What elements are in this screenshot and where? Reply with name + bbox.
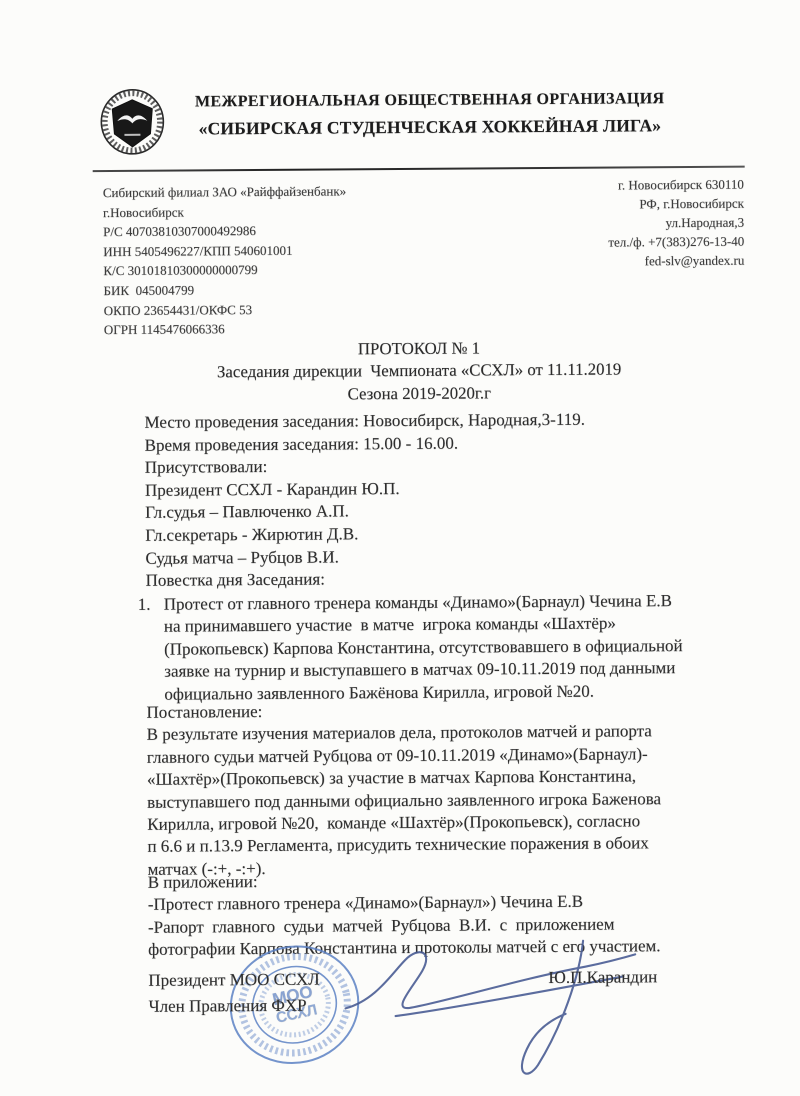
- contact-line: ул.Народная,3: [608, 213, 744, 233]
- hockey-league-emblem-icon: [98, 87, 167, 159]
- attendee-line: Гл.секретарь - Жирютин Д.В.: [145, 522, 586, 548]
- document-title: ПРОТОКОЛ № 1 Заседания дирекции Чемпиона…: [94, 336, 744, 408]
- org-name-line1: МЕЖРЕГИОНАЛЬНАЯ ОБЩЕСТВЕННАЯ ОРГАНИЗАЦИЯ: [167, 90, 692, 112]
- signatory-titles: Президент МОО ССХЛ Член Правления ФХР: [148, 967, 320, 1019]
- contact-email: fed-slv@yandex.ru: [608, 251, 744, 271]
- bank-detail-line: Р/С 40703810307000492986: [103, 221, 346, 242]
- meeting-info: Место проведения заседания: Новосибирск,…: [144, 409, 586, 593]
- bank-detail-line: К/С 30101810300000000799: [103, 260, 346, 281]
- bank-detail-line: БИК 045004799: [103, 279, 346, 300]
- meeting-time: Время проведения заседания: 15.00 - 16.0…: [145, 431, 586, 457]
- resolution-line: «Шахтёр»(Прокопьевск) за участие в матча…: [147, 765, 661, 791]
- signatory-name: Ю.П.Карандин: [548, 967, 657, 988]
- agenda-item-line: заявке на турнир и выступавшего в матчах…: [138, 657, 683, 683]
- attendee-line: Судья матча – Рубцов В.И.: [145, 544, 586, 570]
- agenda-item-text: Протест от главного тренера команды «Дин…: [164, 591, 672, 614]
- org-name-line2: «СИБИРСКАЯ СТУДЕНЧЕСКАЯ ХОККЕЙНАЯ ЛИГА»: [167, 115, 692, 140]
- scanned-sheet: МЕЖРЕГИОНАЛЬНАЯ ОБЩЕСТВЕННАЯ ОРГАНИЗАЦИЯ…: [0, 0, 800, 1096]
- attendees-label: Присутствовали:: [145, 454, 586, 480]
- signatory-title2: Член Правления ФХР: [148, 992, 319, 1019]
- bank-detail-line: ОГРН 1145476066336: [104, 319, 347, 340]
- agenda-item-number: 1.: [138, 594, 164, 617]
- signatory-title1: Президент МОО ССХЛ: [148, 967, 319, 994]
- resolution: Постановление: В результате изучения мат…: [146, 698, 661, 881]
- contact-line: г. Новосибирск 630110: [608, 175, 744, 195]
- attendee-line: Гл.судья – Павлюченко А.П.: [145, 499, 586, 525]
- bank-details: Сибирский филиал ЗАО «Райффайзенбанк» г.…: [103, 181, 347, 339]
- bank-detail-line: ИНН 5405496227/КПП 540601001: [103, 240, 346, 261]
- bank-detail-line: г.Новосибирск: [103, 201, 346, 222]
- header-divider: [93, 166, 745, 173]
- document-page: МЕЖРЕГИОНАЛЬНАЯ ОБЩЕСТВЕННАЯ ОРГАНИЗАЦИЯ…: [0, 0, 800, 1096]
- attendee-line: Президент ССХЛ - Карандин Ю.П.: [145, 476, 586, 502]
- signature-ink-icon: [333, 924, 664, 1094]
- meeting-place: Место проведения заседания: Новосибирск,…: [144, 409, 585, 435]
- bank-detail-line: ОКПО 23654431/ОКФС 53: [104, 299, 347, 320]
- resolution-line: В результате изучения материалов дела, п…: [147, 721, 661, 747]
- contact-info: г. Новосибирск 630110 РФ, г.Новосибирск …: [608, 175, 745, 271]
- agenda-item-1: 1.Протест от главного тренера команды «Д…: [138, 590, 683, 706]
- contact-line: тел./ф. +7(383)276-13-40: [608, 232, 744, 252]
- agenda-label: Повестка дня Заседания:: [145, 567, 586, 593]
- title-line3: Сезона 2019-2020г.г: [94, 380, 744, 407]
- org-name: МЕЖРЕГИОНАЛЬНАЯ ОБЩЕСТВЕННАЯ ОРГАНИЗАЦИЯ…: [167, 90, 692, 140]
- resolution-line: п 6.6 и п.13.9 Регламента, присудить тех…: [147, 833, 661, 859]
- bank-detail-line: Сибирский филиал ЗАО «Райффайзенбанк»: [103, 181, 346, 202]
- contact-line: РФ, г.Новосибирск: [608, 194, 744, 214]
